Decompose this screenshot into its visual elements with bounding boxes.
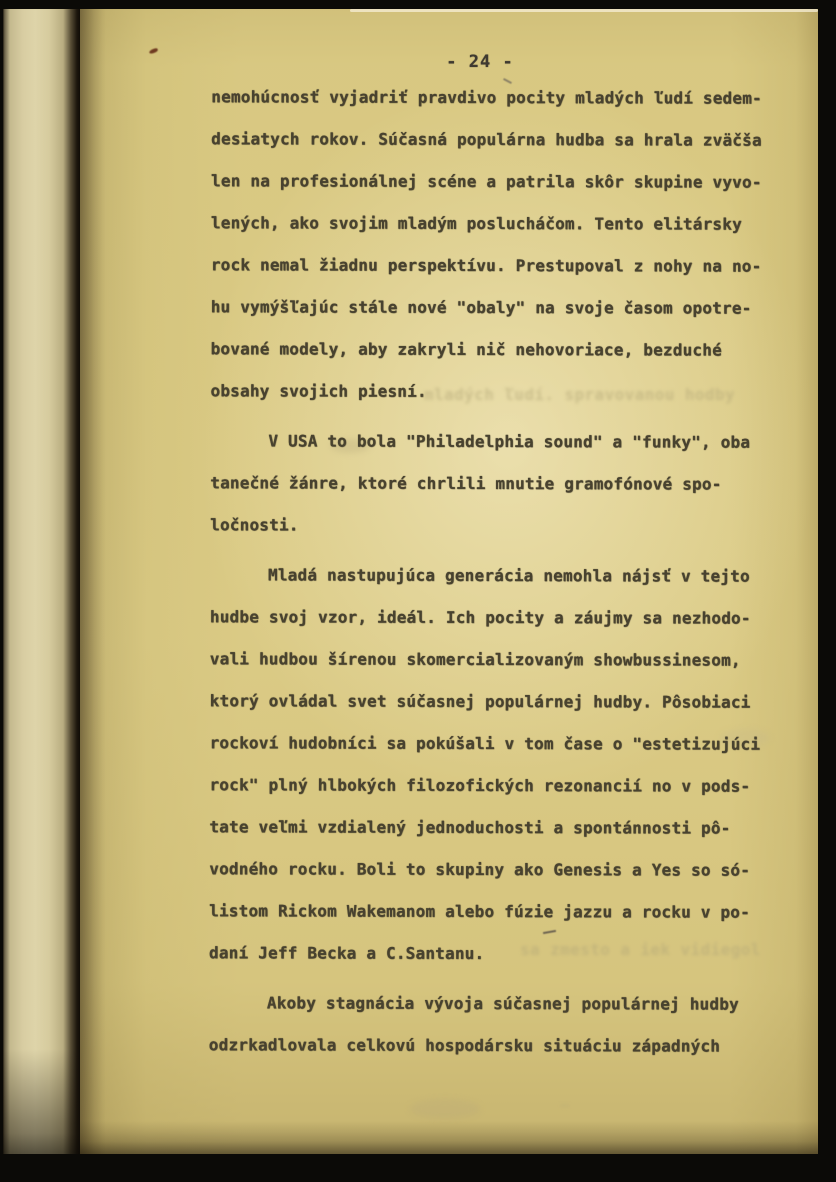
bleedthrough-text: … (560, 1092, 570, 1111)
text-line: rockoví hudobníci sa pokúšali v tom čase… (209, 733, 784, 777)
scan-frame-right (818, 0, 836, 1182)
text-line: rock nemal žiadnu perspektívu. Prestupov… (211, 255, 786, 299)
text-block: nemohúcnosť vyjadriť pravdivo pocity mla… (209, 87, 787, 1079)
bleedthrough-text: sa zmesto a iek vidiegol (520, 940, 761, 959)
text-line: odzrkadlovala celkovú hospodársku situác… (209, 1035, 784, 1079)
text-line: vodného rocku. Boli to skupiny ako Genes… (209, 859, 784, 903)
text-line: rock" plný hlbokých filozofických rezona… (209, 775, 784, 819)
text-line: tanečné žánre, ktoré chrlili mnutie gram… (210, 473, 785, 517)
text-line: hudbe svoj vzor, ideál. Ich pocity a záu… (210, 607, 785, 651)
bleedthrough-text: mladých ľudí. spravovanou hodby (424, 385, 735, 404)
text-line: vali hudbou šírenou skomercializovaným s… (210, 649, 785, 693)
scan-frame-left (0, 0, 3, 1182)
text-line: listom Rickom Wakemanom alebo fúzie jazz… (209, 901, 784, 945)
text-line: nemohúcnosť vyjadriť pravdivo pocity mla… (211, 87, 786, 131)
scanned-book-page: - 24 - nemohúcnosť vyjadriť pravdivo poc… (0, 0, 836, 1182)
previous-page-edge (3, 9, 80, 1169)
text-line: Akoby stagnácia vývoja súčasnej populárn… (209, 993, 784, 1037)
text-line: len na profesionálnej scéne a patrila sk… (211, 171, 786, 215)
text-line: ktorý ovládal svet súčasnej populárnej h… (210, 691, 785, 735)
text-line: V USA to bola "Philadelphia sound" a "fu… (210, 431, 785, 475)
text-line: lených, ako svojim mladým poslucháčom. T… (211, 213, 786, 257)
text-line: desiatych rokov. Súčasná populárna hudba… (211, 129, 786, 173)
paper-stain (410, 1099, 480, 1119)
scan-frame-bottom (0, 1154, 836, 1182)
text-line: ločnosti. (210, 515, 785, 559)
scan-frame-top (0, 0, 836, 9)
page-number: - 24 - (210, 52, 750, 72)
text-line: bované modely, aby zakryli nič nehovoria… (211, 339, 786, 383)
text-line: Mladá nastupujúca generácia nemohla nájs… (210, 565, 785, 609)
scan-edge-highlight (350, 9, 818, 12)
text-line: tate veľmi vzdialený jednoduchosti a spo… (209, 817, 784, 861)
text-line: hu vymýšľajúc stále nové "obaly" na svoj… (211, 297, 786, 341)
